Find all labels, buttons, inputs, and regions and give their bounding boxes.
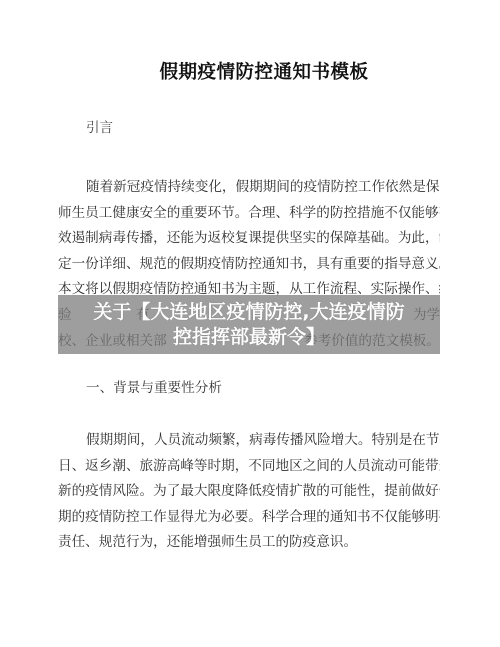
paragraph-line: 随着新冠疫情持续变化，假期期间的疫情防控工作依然是保障 bbox=[58, 175, 440, 201]
paragraph-line: 期的疫情防控工作显得尤为必要。科学合理的通知书不仅能够明确 bbox=[58, 505, 440, 531]
document-title: 假期疫情防控通知书模板 bbox=[0, 60, 500, 86]
paragraph-line: 责任、规范行为，还能增强师生员工的防疫意识。 bbox=[58, 530, 440, 556]
banner-title-line-2: 控指挥部最新令】 bbox=[173, 325, 325, 350]
background-paragraph: 假期期间，人员流动频繁，病毒传播风险增大。特别是在节假 日、返乡潮、旅游高峰等时… bbox=[58, 428, 440, 556]
banner-title-line-1: 关于【大连地区疫情防控,大连疫情防 bbox=[93, 300, 404, 325]
intro-label: 引言 bbox=[86, 116, 113, 140]
section-heading: 一、背景与重要性分析 bbox=[86, 376, 222, 400]
paragraph-line: 定一份详细、规范的假期疫情防控通知书，具有重要的指导意义。 bbox=[58, 252, 440, 278]
paragraph-line: 假期期间，人员流动频繁，病毒传播风险增大。特别是在节假 bbox=[58, 428, 440, 454]
paragraph-line: 日、返乡潮、旅游高峰等时期，不同地区之间的人员流动可能带来 bbox=[58, 454, 440, 480]
paragraph-line: 师生员工健康安全的重要环节。合理、科学的防控措施不仅能够有 bbox=[58, 201, 440, 227]
paragraph-line: 效遏制病毒传播，还能为返校复课提供坚实的保障基础。为此，制 bbox=[58, 226, 440, 252]
paragraph-line: 新的疫情风险。为了最大限度降低疫情扩散的可能性，提前做好假 bbox=[58, 479, 440, 505]
intro-paragraph: 随着新冠疫情持续变化，假期期间的疫情防控工作依然是保障 师生员工健康安全的重要环… bbox=[58, 175, 440, 303]
document-page: 假期疫情防控通知书模板 引言 随着新冠疫情持续变化，假期期间的疫情防控工作依然是… bbox=[0, 0, 500, 647]
headline-overlay-banner[interactable]: 关于【大连地区疫情防控,大连疫情防 控指挥部最新令】 bbox=[58, 295, 440, 354]
